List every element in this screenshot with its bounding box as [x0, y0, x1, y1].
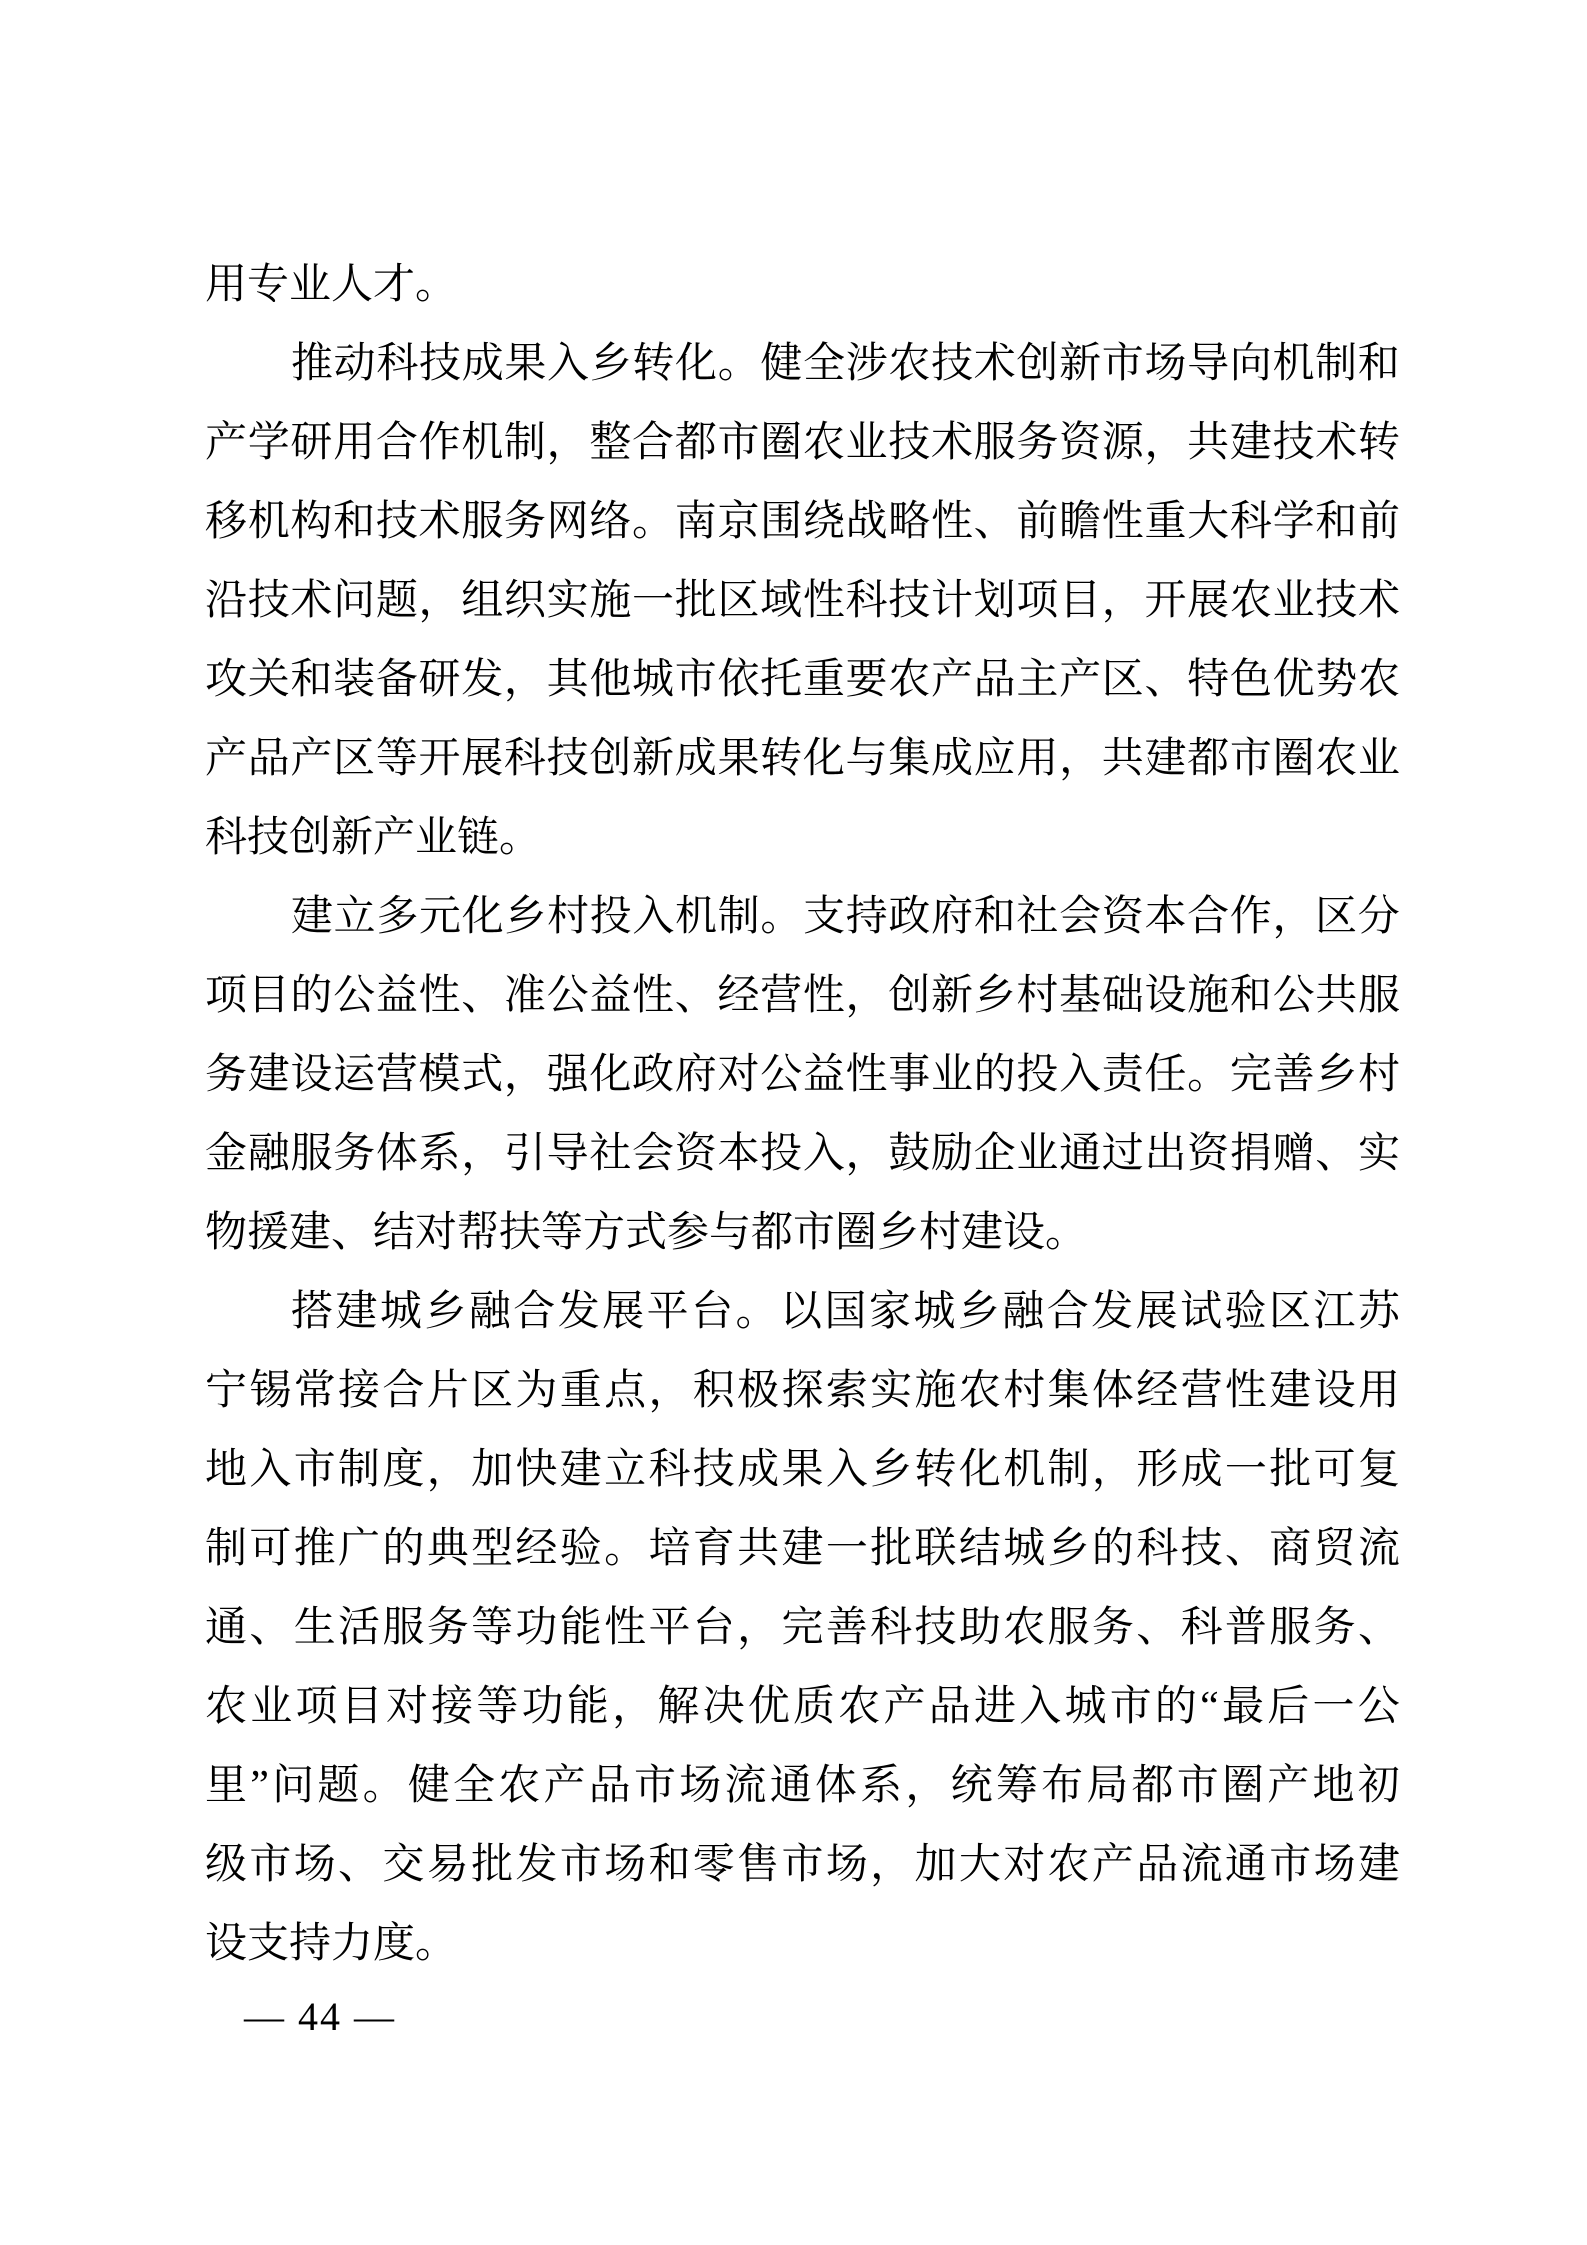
document-body: 用专业人才。推动科技成果入乡转化。健全涉农技术创新市场导向机制和产学研用合作机制… [205, 246, 1400, 1984]
text-line: 制可推广的典型经验。培育共建一批联结城乡的科技、商贸流 [205, 1510, 1400, 1589]
text-line: 攻关和装备研发，其他城市依托重要农产品主产区、特色优势农 [205, 641, 1400, 720]
text-line: 农业项目对接等功能，解决优质农产品进入城市的“最后一公 [205, 1668, 1400, 1747]
text-line: 通、生活服务等功能性平台，完善科技助农服务、科普服务、 [205, 1589, 1400, 1668]
text-line: 推动科技成果入乡转化。健全涉农技术创新市场导向机制和 [205, 325, 1400, 404]
text-line: 沿技术问题，组织实施一批区域性科技计划项目，开展农业技术 [205, 562, 1400, 641]
page-number: — 44 — [244, 1994, 396, 2039]
text-line: 产品产区等开展科技创新成果转化与集成应用，共建都市圈农业 [205, 720, 1400, 799]
text-line: 务建设运营模式，强化政府对公益性事业的投入责任。完善乡村 [205, 1036, 1400, 1115]
text-line: 移机构和技术服务网络。南京围绕战略性、前瞻性重大科学和前 [205, 483, 1400, 562]
text-line: 搭建城乡融合发展平台。以国家城乡融合发展试验区江苏 [205, 1273, 1400, 1352]
text-line: 建立多元化乡村投入机制。支持政府和社会资本合作，区分 [205, 878, 1400, 957]
text-line: 里”问题。健全农产品市场流通体系，统筹布局都市圈产地初 [205, 1747, 1400, 1826]
text-line: 级市场、交易批发市场和零售市场，加大对农产品流通市场建 [205, 1826, 1400, 1905]
page-footer: — 44 — [244, 1990, 396, 2044]
document-page: 用专业人才。推动科技成果入乡转化。健全涉农技术创新市场导向机制和产学研用合作机制… [0, 0, 1587, 2245]
text-line: 设支持力度。 [205, 1905, 1400, 1984]
text-line: 项目的公益性、准公益性、经营性，创新乡村基础设施和公共服 [205, 957, 1400, 1036]
text-line: 科技创新产业链。 [205, 799, 1400, 878]
text-line: 宁锡常接合片区为重点，积极探索实施农村集体经营性建设用 [205, 1352, 1400, 1431]
text-line: 金融服务体系，引导社会资本投入，鼓励企业通过出资捐赠、实 [205, 1115, 1400, 1194]
text-line: 用专业人才。 [205, 246, 1400, 325]
text-line: 产学研用合作机制，整合都市圈农业技术服务资源，共建技术转 [205, 404, 1400, 483]
text-line: 物援建、结对帮扶等方式参与都市圈乡村建设。 [205, 1194, 1400, 1273]
text-line: 地入市制度，加快建立科技成果入乡转化机制，形成一批可复 [205, 1431, 1400, 1510]
